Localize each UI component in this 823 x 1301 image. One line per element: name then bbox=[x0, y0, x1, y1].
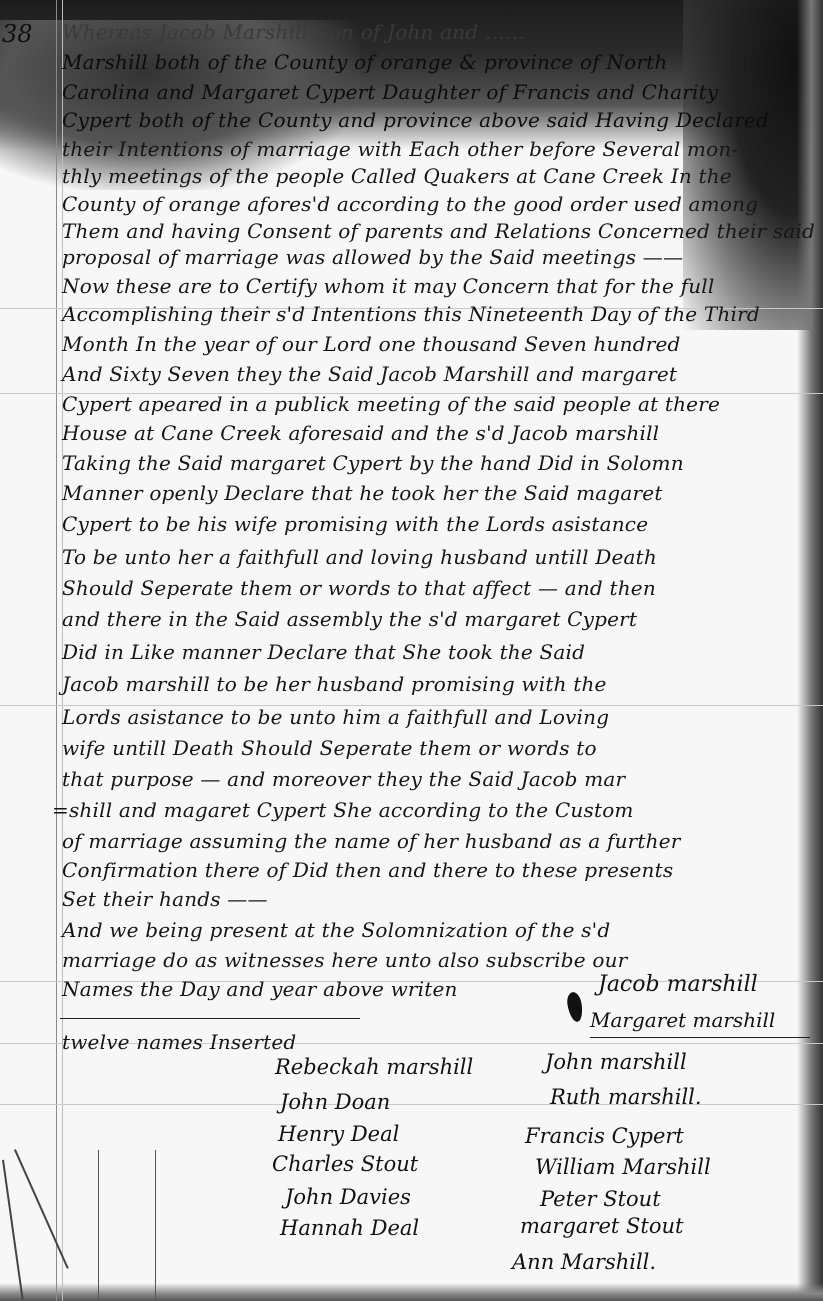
text-line: And Sixty Seven they the Said Jacob Mars… bbox=[62, 362, 812, 386]
text-line: Manner openly Declare that he took her t… bbox=[62, 481, 812, 505]
text-line: Jacob marshill to be her husband promisi… bbox=[62, 672, 812, 696]
text-line: Them and having Consent of parents and R… bbox=[62, 219, 812, 243]
text-line: And we being present at the Solomnizatio… bbox=[62, 918, 812, 942]
text-line: Cypert to be his wife promising with the… bbox=[62, 512, 812, 536]
witness-signature: John marshill bbox=[545, 1050, 687, 1074]
text-line: Taking the Said margaret Cypert by the h… bbox=[62, 451, 812, 475]
fold-crease bbox=[14, 1149, 69, 1269]
text-line: Whereas Jacob Marshill Son of John and …… bbox=[62, 20, 812, 44]
text-line: wife untill Death Should Seperate them o… bbox=[62, 736, 812, 760]
text-line: To be unto her a faithfull and loving hu… bbox=[62, 545, 812, 569]
witness-signature: Ruth marshill. bbox=[550, 1085, 702, 1109]
page-edge-shadow-bottom bbox=[0, 1283, 823, 1301]
witness-signature: John Davies bbox=[285, 1185, 411, 1209]
margin-rule-lower bbox=[98, 1150, 99, 1301]
text-line: Did in Like manner Declare that She took… bbox=[62, 640, 812, 664]
text-line: Cypert both of the County and province a… bbox=[62, 108, 812, 132]
text-line: Cypert apeared in a publick meeting of t… bbox=[62, 392, 812, 416]
note-names-inserted: twelve names Inserted bbox=[62, 1030, 812, 1054]
margin-rule bbox=[56, 0, 57, 1301]
text-line: House at Cane Creek aforesaid and the s'… bbox=[62, 421, 812, 445]
manuscript-page: 38 Whereas Jacob Marshill Son of John an… bbox=[0, 0, 823, 1301]
page-number: 38 bbox=[2, 20, 33, 48]
witness-signature: William Marshill bbox=[535, 1155, 711, 1179]
text-line: proposal of marriage was allowed by the … bbox=[62, 245, 812, 269]
margin-rule-lower bbox=[155, 1150, 156, 1301]
text-line: County of orange afores'd according to t… bbox=[62, 192, 812, 216]
witness-signature: Peter Stout bbox=[540, 1187, 661, 1211]
signature-bride: Margaret marshill bbox=[590, 1008, 775, 1032]
fold-crease bbox=[2, 1160, 24, 1300]
text-line: of marriage assuming the name of her hus… bbox=[62, 829, 812, 853]
text-line: Should Seperate them or words to that af… bbox=[62, 576, 812, 600]
text-line: Now these are to Certify whom it may Con… bbox=[62, 274, 812, 298]
witness-signature: margaret Stout bbox=[520, 1214, 683, 1238]
text-line: Month In the year of our Lord one thousa… bbox=[62, 332, 812, 356]
text-line: =shill and magaret Cypert She according … bbox=[52, 798, 802, 822]
witness-signature: Ann Marshill. bbox=[512, 1250, 656, 1274]
text-line: that purpose — and moreover they the Sai… bbox=[62, 767, 812, 791]
text-line: Confirmation there of Did then and there… bbox=[62, 858, 812, 882]
signature-groom: Jacob marshill bbox=[598, 972, 758, 997]
witness-signature: Rebeckah marshill bbox=[275, 1055, 473, 1079]
witness-signature: Francis Cypert bbox=[525, 1124, 684, 1148]
text-line: Accomplishing their s'd Intentions this … bbox=[62, 302, 812, 326]
signature-rule bbox=[60, 1018, 360, 1019]
text-line: and there in the Said assembly the s'd m… bbox=[62, 607, 812, 631]
text-line: Carolina and Margaret Cypert Daughter of… bbox=[62, 80, 812, 104]
witness-signature: Charles Stout bbox=[272, 1152, 418, 1176]
witness-signature: Henry Deal bbox=[278, 1122, 399, 1146]
witness-signature: Hannah Deal bbox=[280, 1216, 419, 1240]
text-line: Set their hands —— bbox=[62, 887, 812, 911]
text-line: Marshill both of the County of orange & … bbox=[62, 50, 812, 74]
witness-signature: John Doan bbox=[280, 1090, 390, 1114]
text-line: Lords asistance to be unto him a faithfu… bbox=[62, 705, 812, 729]
text-line: thly meetings of the people Called Quake… bbox=[62, 164, 812, 188]
text-line: marriage do as witnesses here unto also … bbox=[62, 948, 812, 972]
text-line: their Intentions of marriage with Each o… bbox=[62, 137, 812, 161]
